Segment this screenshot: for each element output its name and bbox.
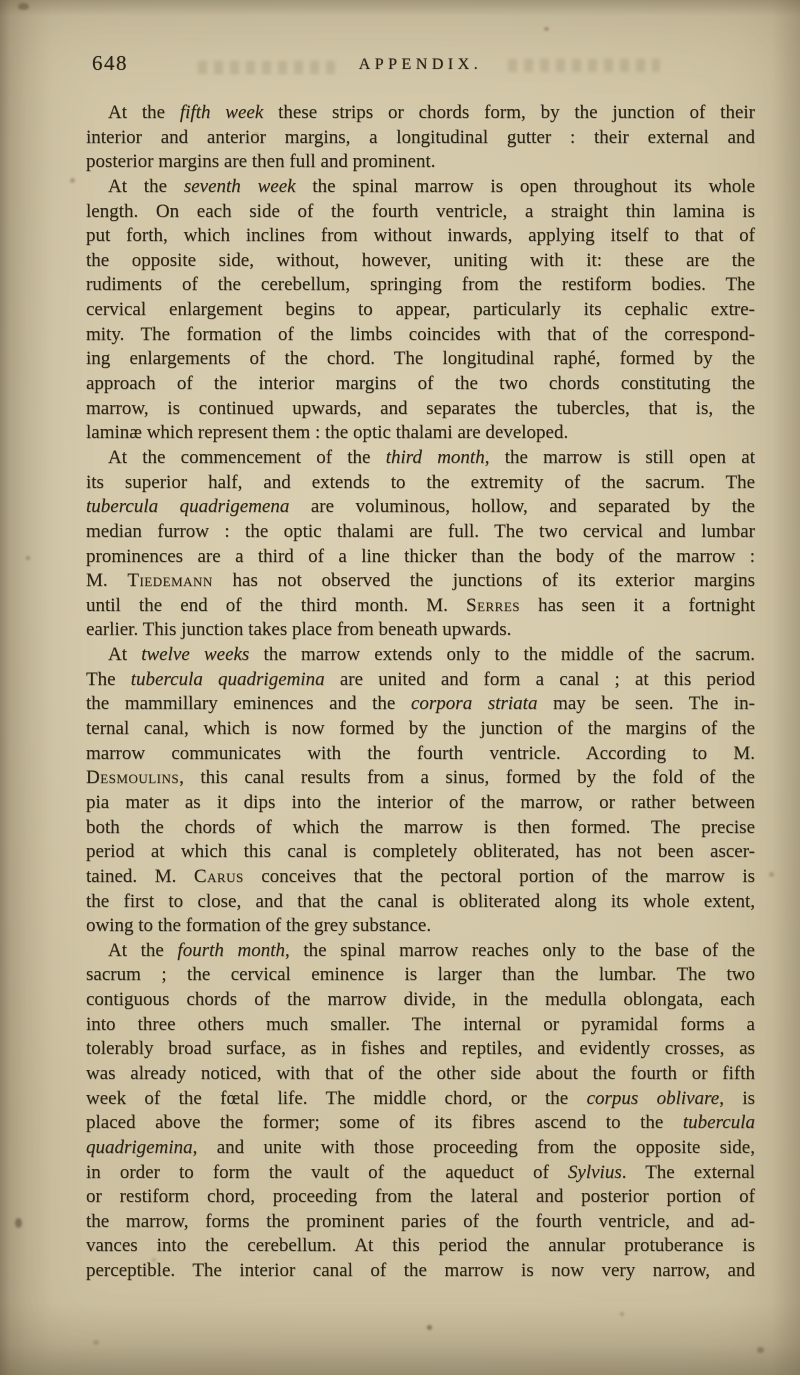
book-page: 648 APPENDIX. At the fifth week these st… bbox=[0, 0, 800, 1375]
scan-vignette bbox=[0, 0, 800, 1375]
